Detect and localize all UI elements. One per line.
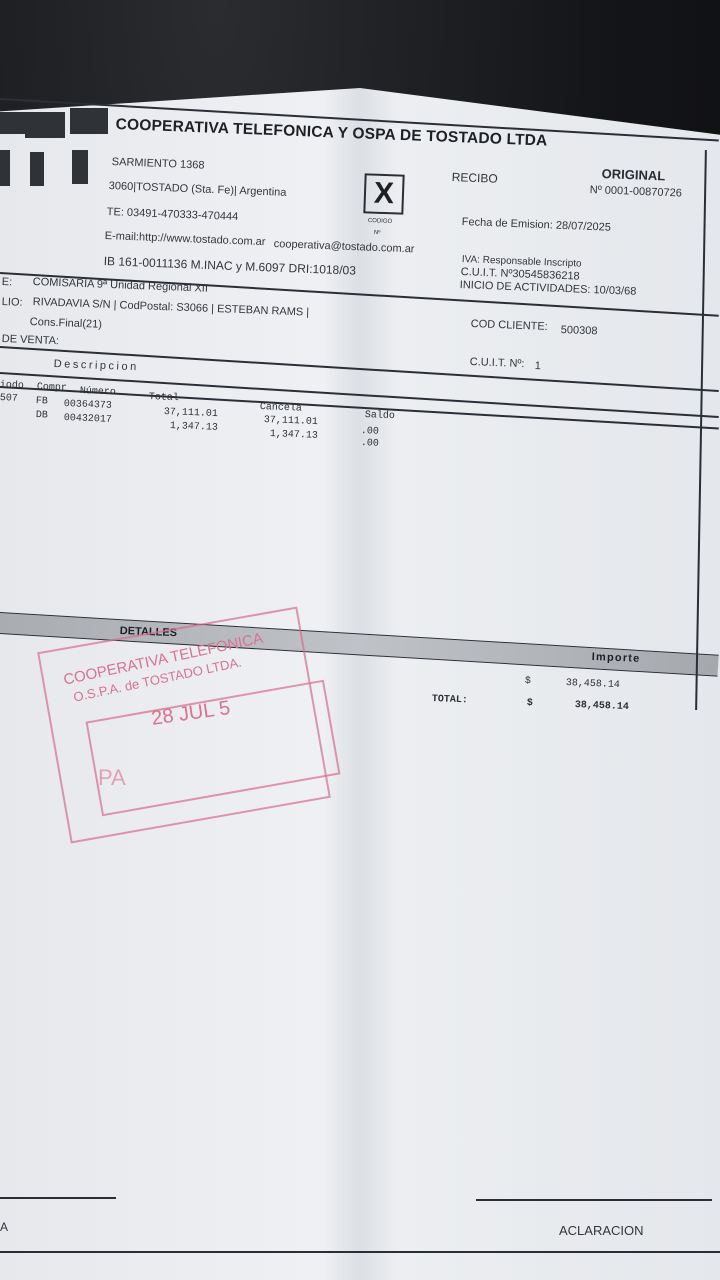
column-header-numero: Número xyxy=(80,386,116,398)
client-cuit-label: C.U.I.T. Nº: xyxy=(470,356,525,370)
sale-condition-label: DE VENTA: xyxy=(2,333,60,347)
client-code: 500308 xyxy=(561,324,598,337)
client-address-label: LIO: xyxy=(2,296,23,309)
amount-value: 38,458.14 xyxy=(566,678,620,691)
total-currency: $ xyxy=(527,698,533,709)
codigo-label: CODIGO xyxy=(368,218,393,225)
column-header-cancela: Cancela xyxy=(260,402,302,415)
column-header-periodo: iodo xyxy=(0,380,24,392)
client-name-label: E: xyxy=(2,276,13,288)
column-header-total: Total xyxy=(149,392,179,404)
signature-label-right: ACLARACION xyxy=(559,1223,644,1238)
column-header-saldo: Saldo xyxy=(365,410,395,422)
document-letter-box: X xyxy=(363,173,404,214)
signature-line-right xyxy=(476,1199,712,1201)
importe-label: Importe xyxy=(592,651,641,665)
signature-label-left: A xyxy=(0,1220,8,1234)
document-copy: ORIGINAL xyxy=(601,166,665,183)
document-type: RECIBO xyxy=(451,170,498,186)
total-label: TOTAL: xyxy=(432,694,468,706)
amount-currency: $ xyxy=(525,676,531,687)
signature-line-left xyxy=(0,1197,116,1199)
client-cuit: 1 xyxy=(535,360,542,372)
codigo-number-label: Nº xyxy=(374,230,381,236)
bottom-border xyxy=(0,1251,720,1253)
document-letter: X xyxy=(373,177,394,212)
total-amount: 38,458.14 xyxy=(575,700,629,713)
column-header-compr: Compr xyxy=(37,382,67,394)
